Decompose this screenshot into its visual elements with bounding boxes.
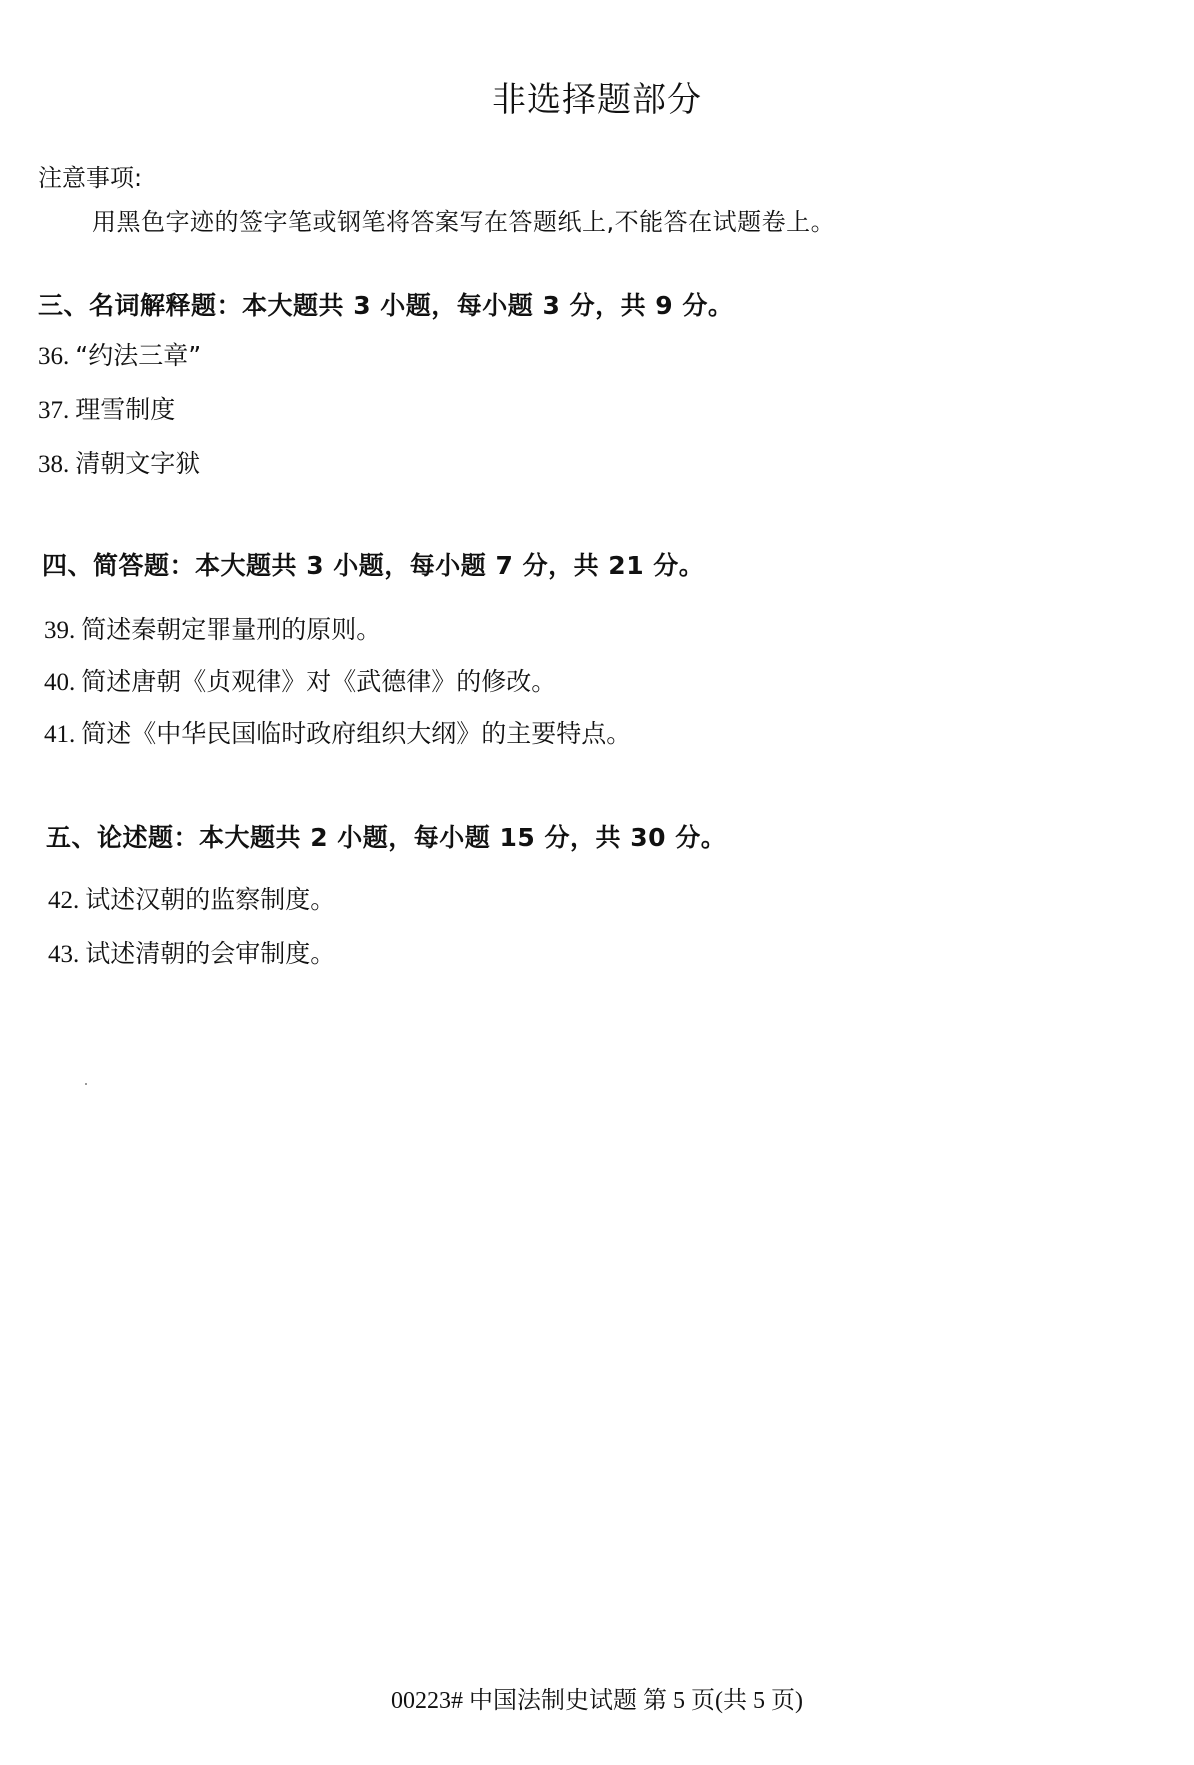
question-number: 43. bbox=[48, 941, 79, 968]
question-42: 42.试述汉朝的监察制度。 bbox=[48, 880, 335, 916]
question-number: 40. bbox=[44, 669, 75, 696]
notice-label: 注意事项: bbox=[38, 158, 142, 193]
question-text: 简述《中华民国临时政府组织大纲》的主要特点。 bbox=[81, 719, 631, 748]
question-40: 40.简述唐朝《贞观律》对《武德律》的修改。 bbox=[44, 662, 556, 698]
question-38: 38.清朝文字狱 bbox=[38, 444, 200, 480]
question-text: “约法三章” bbox=[75, 341, 201, 370]
question-text: 试述汉朝的监察制度。 bbox=[85, 885, 335, 914]
question-number: 38. bbox=[38, 451, 69, 478]
question-41: 41.简述《中华民国临时政府组织大纲》的主要特点。 bbox=[44, 714, 631, 750]
question-text: 简述唐朝《贞观律》对《武德律》的修改。 bbox=[81, 667, 556, 696]
notice-text: 用黑色字迹的签字笔或钢笔将答案写在答题纸上,不能答在试题卷上。 bbox=[92, 202, 835, 237]
question-number: 36. bbox=[38, 343, 69, 370]
question-36: 36.“约法三章” bbox=[38, 336, 201, 372]
question-number: 42. bbox=[48, 887, 79, 914]
question-number: 37. bbox=[38, 397, 69, 424]
question-text: 试述清朝的会审制度。 bbox=[85, 939, 335, 968]
page-title: 非选择题部分 bbox=[0, 72, 1194, 121]
question-39: 39.简述秦朝定罪量刑的原则。 bbox=[44, 610, 381, 646]
scan-speck bbox=[85, 1083, 87, 1085]
question-37: 37.理雪制度 bbox=[38, 390, 175, 426]
question-text: 简述秦朝定罪量刑的原则。 bbox=[81, 615, 381, 644]
page-footer: 00223# 中国法制史试题 第 5 页(共 5 页) bbox=[0, 1680, 1194, 1715]
section-heading-5: 五、论述题：本大题共 2 小题，每小题 15 分，共 30 分。 bbox=[46, 818, 726, 854]
question-number: 39. bbox=[44, 617, 75, 644]
question-text: 清朝文字狱 bbox=[75, 449, 200, 478]
question-number: 41. bbox=[44, 721, 75, 748]
section-heading-4: 四、简答题：本大题共 3 小题，每小题 7 分，共 21 分。 bbox=[42, 546, 704, 582]
section-heading-3: 三、名词解释题：本大题共 3 小题，每小题 3 分，共 9 分。 bbox=[38, 286, 733, 322]
question-43: 43.试述清朝的会审制度。 bbox=[48, 934, 335, 970]
question-text: 理雪制度 bbox=[75, 395, 175, 424]
